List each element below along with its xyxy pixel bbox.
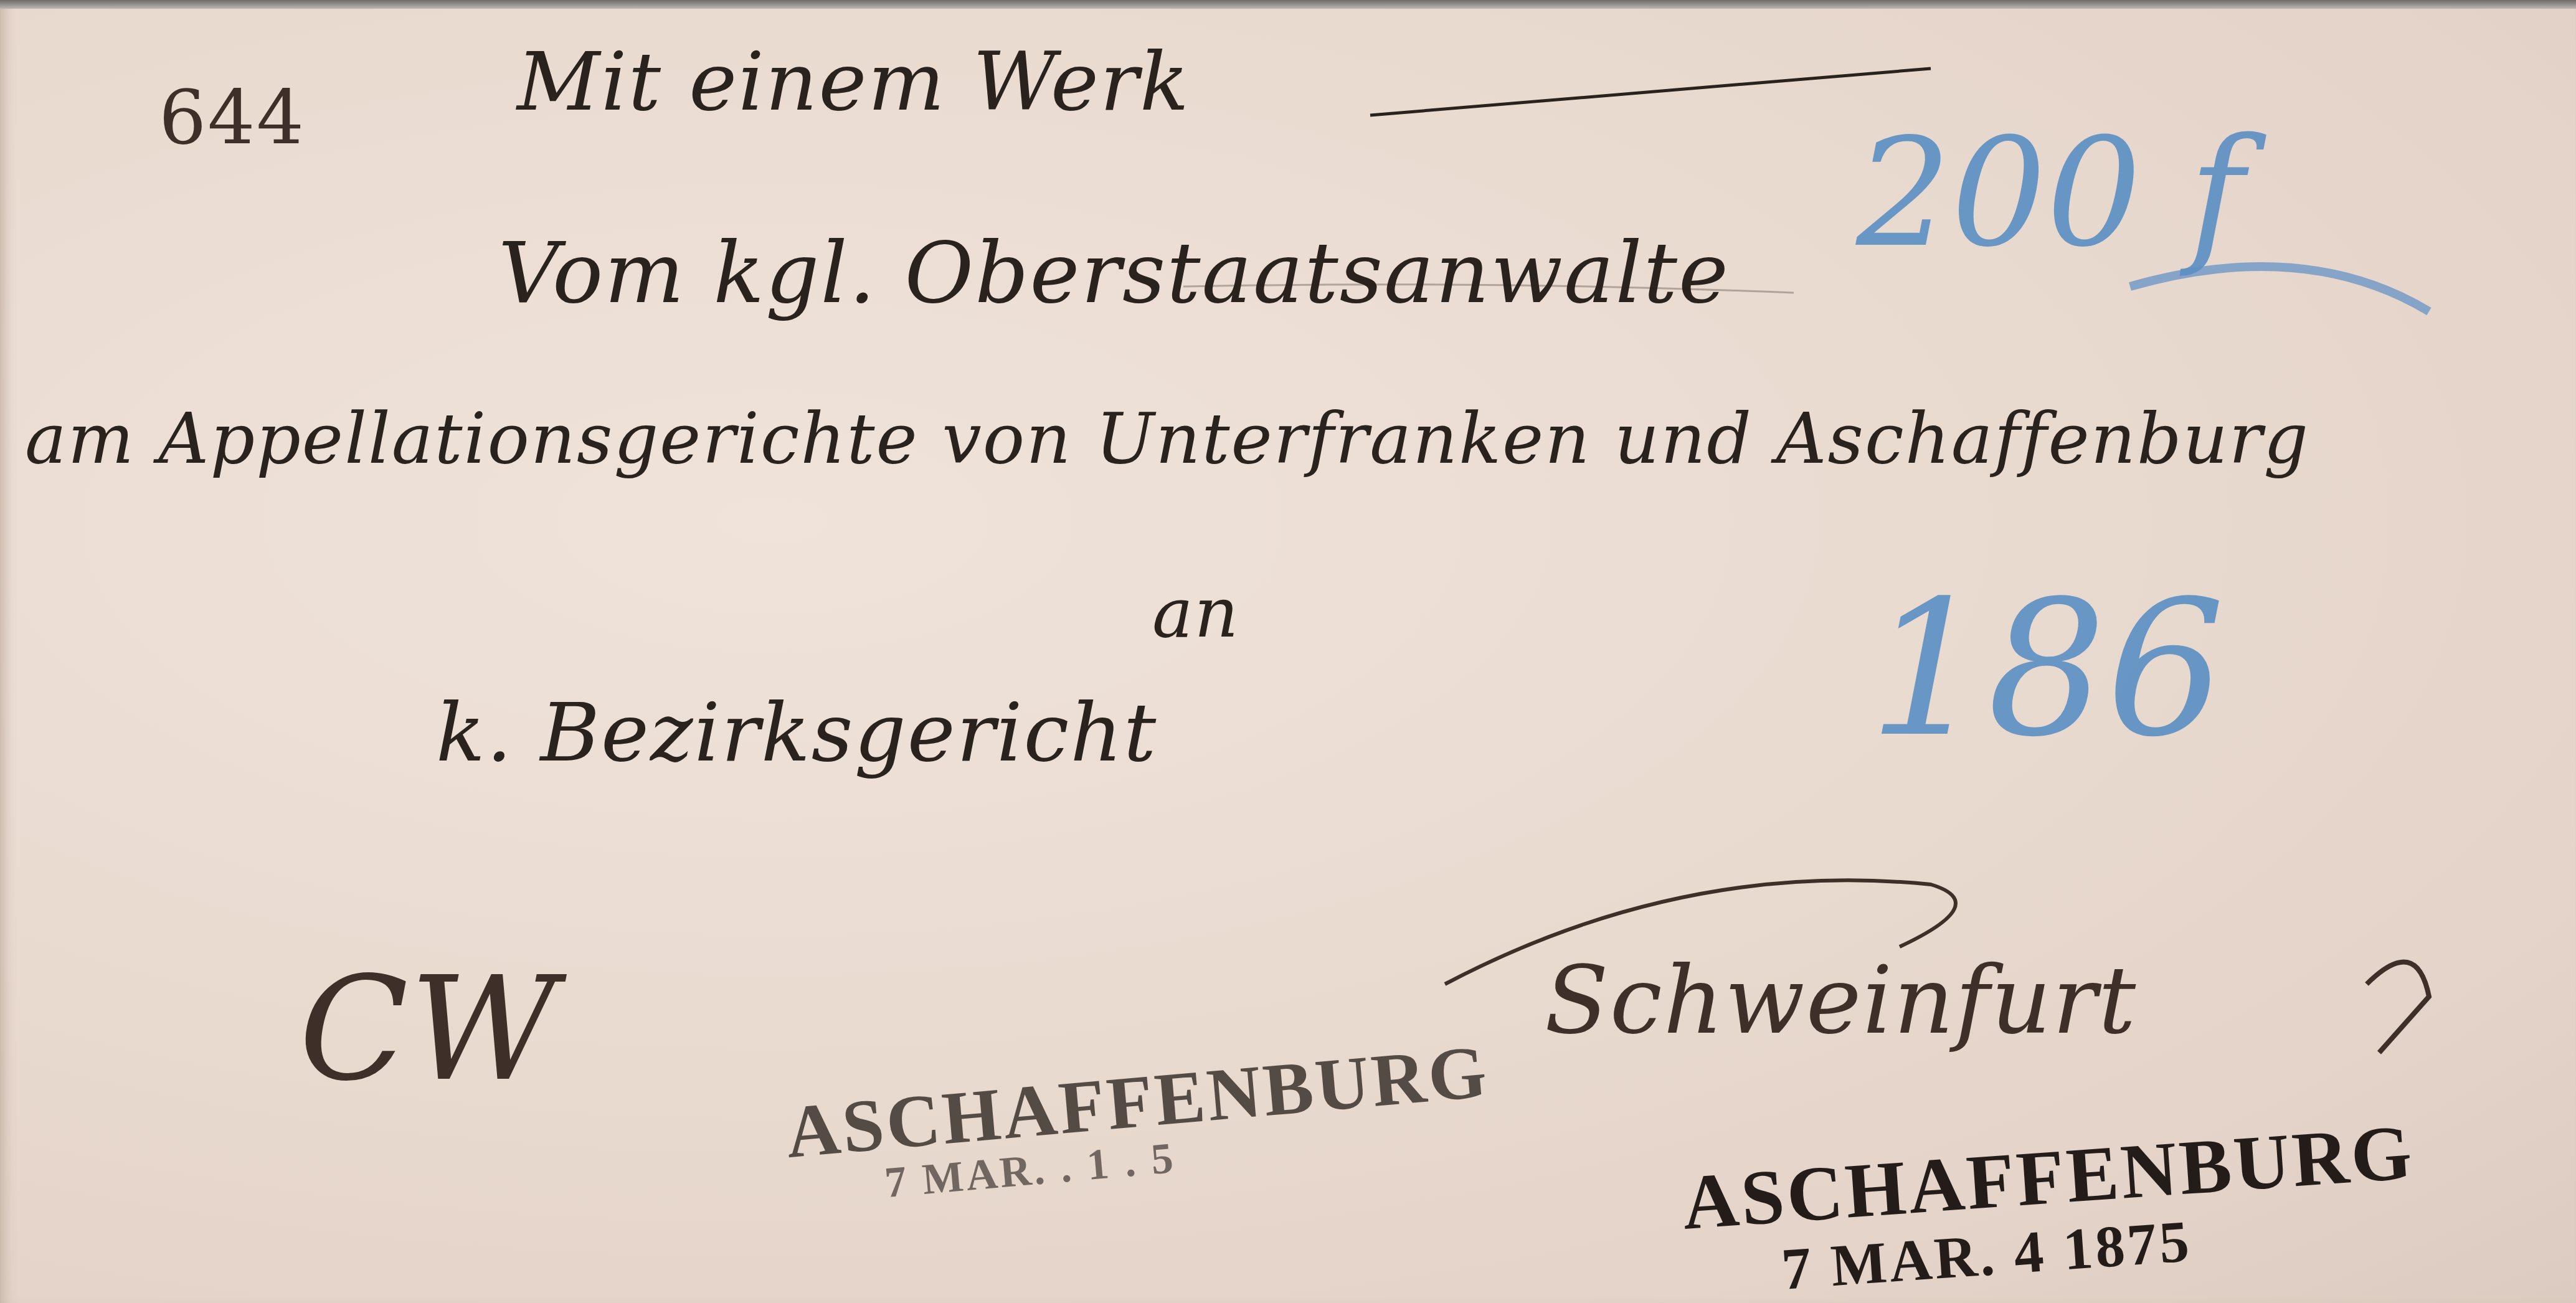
envelope-cover: 644 Mit einem Werk Vom kgl. Oberstaatsan… [0,0,2576,1303]
handwriting-flourishes [0,0,2576,1303]
